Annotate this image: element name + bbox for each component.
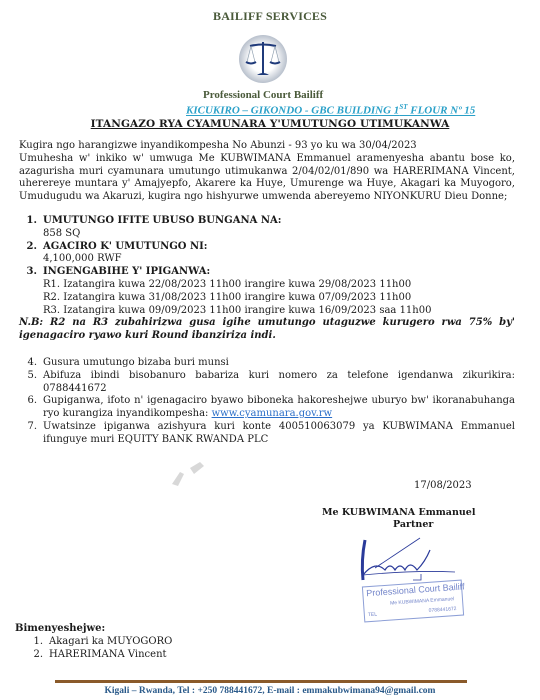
office-address: KICUKIRO – GIKONDO - GBC BUILDING 1ST FL…	[186, 103, 475, 117]
list-item: 7.Uwatsinze ipiganwa azishyura kuri kont…	[19, 421, 515, 447]
round-2: R2. Izatangira kuwa 31/08/2023 11h00 ira…	[19, 292, 515, 305]
section-number: 1.	[19, 215, 43, 228]
round-3: R3. Izatangira kuwa 09/09/2023 11h00 ira…	[19, 305, 515, 318]
section-3: 3.INGENGABIHE Y' IPIGANWA: R1. Izatangir…	[19, 266, 515, 317]
watermark	[170, 458, 220, 488]
stamp-line-4: 0788441672	[429, 606, 457, 614]
item-number: 4.	[19, 357, 43, 370]
address-main: KICUKIRO – GIKONDO - GBC BUILDING 1	[186, 105, 399, 117]
intro-line: Kugira ngo harangizwe inyandikompesha No…	[19, 140, 515, 153]
brand-subtitle: Professional Court Bailiff	[203, 89, 323, 101]
item-number: 6.	[19, 395, 43, 421]
item-number: 5.	[19, 370, 43, 396]
footer-contact: Kigali – Rwanda, Tel : +250 788441672, E…	[0, 686, 540, 696]
section-number: 2.	[19, 241, 43, 254]
footer-divider	[55, 680, 467, 683]
item-text: Uwatsinze ipiganwa azishyura kuri konte …	[43, 421, 515, 447]
notified-title: Bimenyeshejwe:	[15, 623, 172, 636]
section-number: 3.	[19, 266, 43, 279]
nota-bene: N.B: R2 na R3 zubahirizwa gusa igihe umu…	[19, 317, 515, 343]
item-number: 1.	[15, 636, 49, 649]
item-text-with-link: Gupiganwa, ifoto n' igenagaciro byawo bi…	[43, 395, 515, 421]
list-item: 4.Gusura umutungo bizaba buri munsi	[19, 357, 515, 370]
item-text: Abifuza ibindi bisobanuro babariza kuri …	[43, 370, 515, 396]
address-tail: FLOUR Nº 15	[407, 105, 475, 117]
section-value: 4,100,000 RWF	[19, 253, 515, 266]
section-1: 1.UMUTUNGO IFITE UBUSO BUNGANA NA: 858 S…	[19, 215, 515, 241]
section-heading: UMUTUNGO IFITE UBUSO BUNGANA NA:	[43, 215, 281, 228]
official-stamp: Professional Court Bailiff Me KUBWIMANA …	[362, 580, 464, 623]
round-1: R1. Izatangira kuwa 22/08/2023 11h00 ira…	[19, 279, 515, 292]
document-title: ITANGAZO RYA CYAMUNARA Y'UMUTUNGO UTIMUK…	[0, 118, 540, 130]
stamp-line-2: Me KUBWIMANA Emmanuel	[390, 596, 454, 606]
item-text: HARERIMANA Vincent	[49, 649, 167, 662]
item-number: 2.	[15, 649, 49, 662]
sections: 1.UMUTUNGO IFITE UBUSO BUNGANA NA: 858 S…	[19, 215, 515, 343]
stamp-line-3: TEL	[368, 612, 378, 619]
document-date: 17/08/2023	[414, 480, 472, 491]
item-text: Akagari ka MUYOGORO	[49, 636, 172, 649]
cyamunara-link[interactable]: www.cyamunara.gov.rw	[212, 408, 333, 419]
handwritten-signature	[355, 530, 485, 590]
item-text: Gusura umutungo bizaba buri munsi	[43, 357, 515, 370]
items: 4.Gusura umutungo bizaba buri munsi 5.Ab…	[19, 357, 515, 447]
list-item: 5.Abifuza ibindi bisobanuro babariza kur…	[19, 370, 515, 396]
section-2: 2.AGACIRO K' UMUTUNGO NI: 4,100,000 RWF	[19, 241, 515, 267]
section-heading: INGENGABIHE Y' IPIGANWA:	[43, 266, 210, 279]
scales-of-justice-icon	[238, 34, 288, 84]
signatory-name: Me KUBWIMANA Emmanuel	[322, 507, 475, 518]
signatory-role: Partner	[393, 519, 433, 530]
section-value: 858 SQ	[19, 228, 515, 241]
list-item: 6.Gupiganwa, ifoto n' igenagaciro byawo …	[19, 395, 515, 421]
list-item: 2.HARERIMANA Vincent	[15, 649, 172, 662]
notified-list: Bimenyeshejwe: 1.Akagari ka MUYOGORO 2.H…	[15, 623, 172, 661]
item-number: 7.	[19, 421, 43, 447]
intro-paragraph: Umuhesha w' inkiko w' umwuga Me KUBWIMAN…	[19, 153, 515, 204]
intro: Kugira ngo harangizwe inyandikompesha No…	[19, 140, 515, 204]
brand-name: BAILIFF SERVICES	[0, 9, 540, 24]
list-item: 1.Akagari ka MUYOGORO	[15, 636, 172, 649]
section-heading: AGACIRO K' UMUTUNGO NI:	[43, 241, 208, 254]
